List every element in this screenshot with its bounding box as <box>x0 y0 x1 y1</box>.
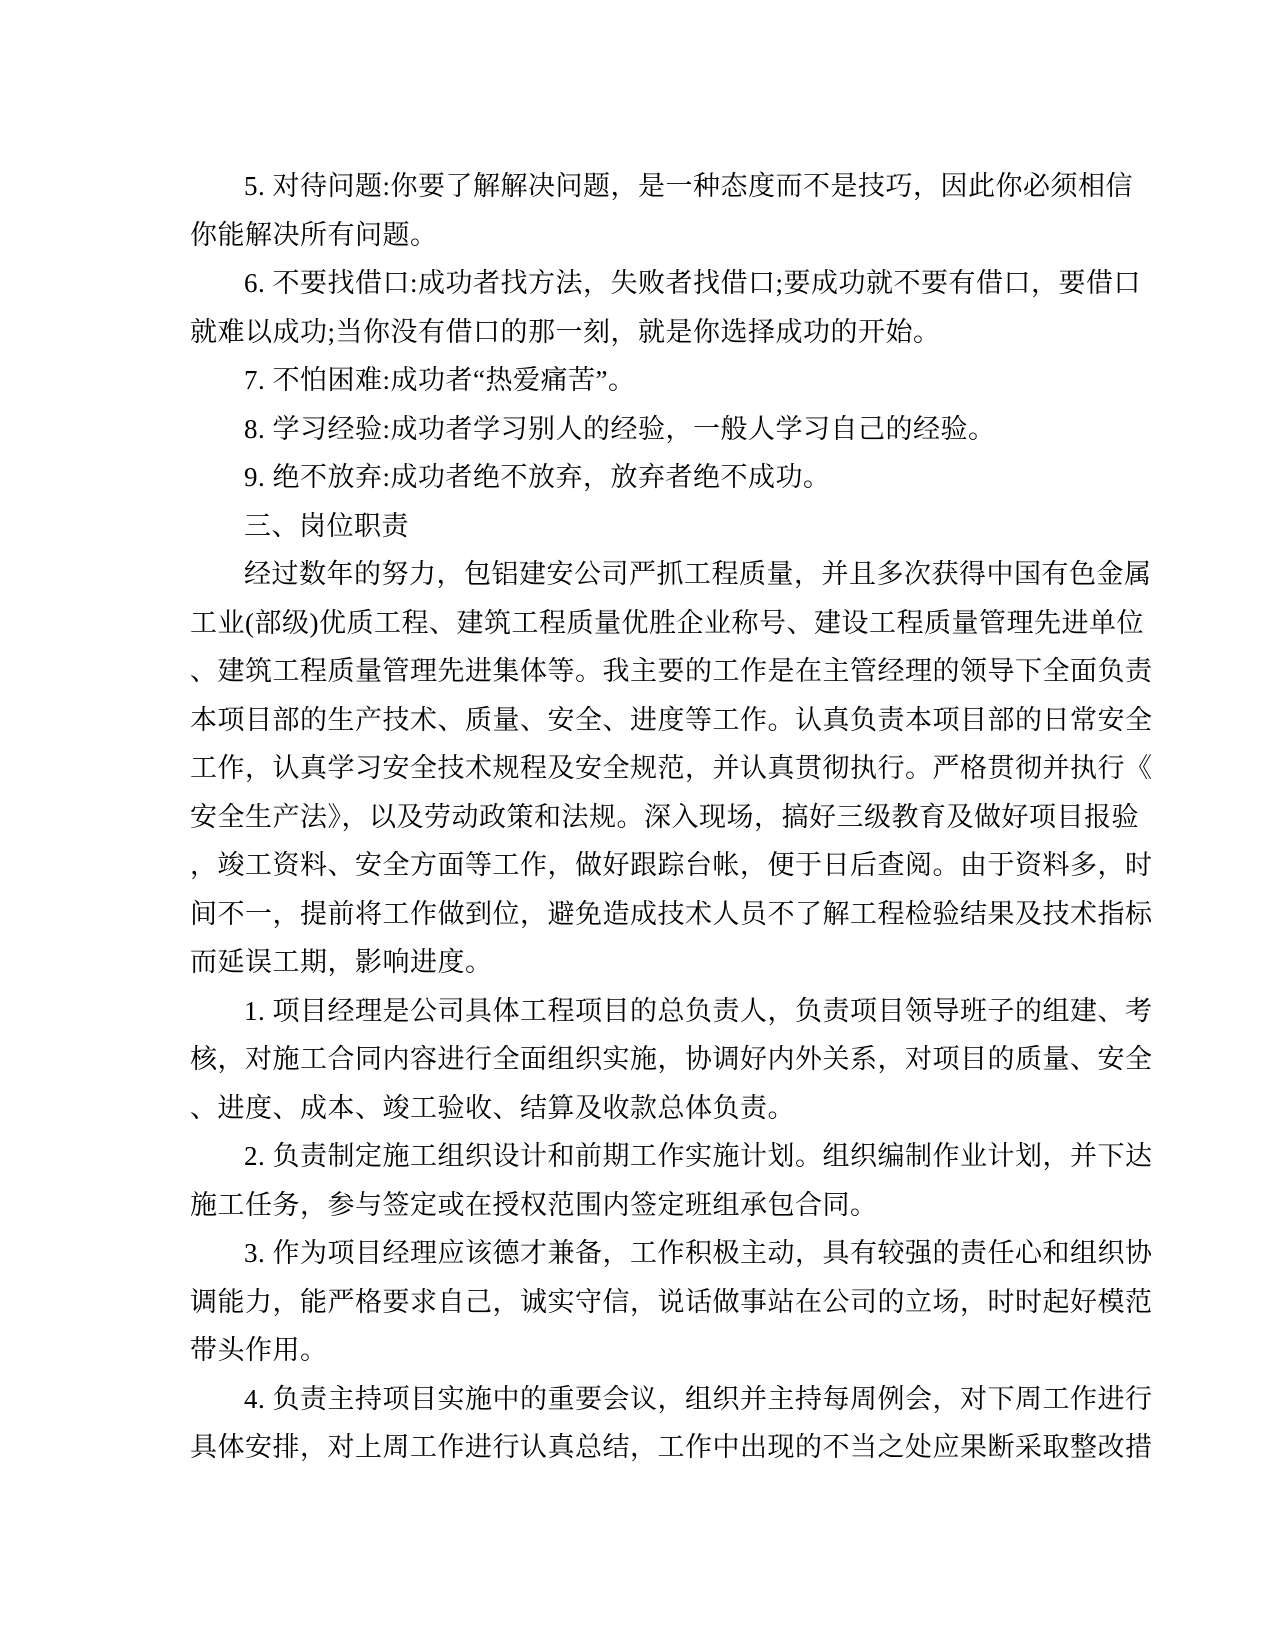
text-line: 1. 项目经理是公司具体工程项目的总负责人，负责项目领导班子的组建、考 <box>190 987 1085 1036</box>
text-line: 7. 不怕困难:成功者“热爱痛苦”。 <box>190 356 1085 405</box>
text-line: 就难以成功;当你没有借口的那一刻，就是你选择成功的开始。 <box>190 308 1085 357</box>
text-line: 本项目部的生产技术、质量、安全、进度等工作。认真负责本项目部的日常安全 <box>190 696 1085 745</box>
text-line: 带头作用。 <box>190 1326 1085 1375</box>
text-line: 经过数年的努力，包铝建安公司严抓工程质量，并且多次获得中国有色金属 <box>190 550 1085 599</box>
text-line: 调能力，能严格要求自己，诚实守信，说话做事站在公司的立场，时时起好模范 <box>190 1278 1085 1327</box>
text-line: 施工任务，参与签定或在授权范围内签定班组承包合同。 <box>190 1181 1085 1230</box>
text-line: 具体安排，对上周工作进行认真总结，工作中出现的不当之处应果断采取整改措 <box>190 1423 1085 1472</box>
text-line: 安全生产法》，以及劳动政策和法规。深入现场，搞好三级教育及做好项目报验 <box>190 793 1085 842</box>
text-line: 8. 学习经验:成功者学习别人的经验，一般人学习自己的经验。 <box>190 405 1085 454</box>
text-line: 9. 绝不放弃:成功者绝不放弃，放弃者绝不成功。 <box>190 453 1085 502</box>
text-line: 、建筑工程质量管理先进集体等。我主要的工作是在主管经理的领导下全面负责 <box>190 647 1085 696</box>
text-line: 、进度、成本、竣工验收、结算及收款总体负责。 <box>190 1084 1085 1133</box>
text-line: 工作，认真学习安全技术规程及安全规范，并认真贯彻执行。严格贯彻并执行《 <box>190 744 1085 793</box>
text-line: 间不一，提前将工作做到位，避免造成技术人员不了解工程检验结果及技术指标 <box>190 890 1085 939</box>
text-line: 4. 负责主持项目实施中的重要会议，组织并主持每周例会，对下周工作进行 <box>190 1375 1085 1424</box>
text-line: 3. 作为项目经理应该德才兼备，工作积极主动，具有较强的责任心和组织协 <box>190 1229 1085 1278</box>
text-line: 工业(部级)优质工程、建筑工程质量优胜企业称号、建设工程质量管理先进单位 <box>190 599 1085 648</box>
document-page: 5. 对待问题:你要了解解决问题，是一种态度而不是技巧，因此你必须相信你能解决所… <box>0 0 1275 1650</box>
text-line: ，竣工资料、安全方面等工作，做好跟踪台帐，便于日后查阅。由于资料多，时 <box>190 841 1085 890</box>
text-line: 而延误工期，影响进度。 <box>190 938 1085 987</box>
text-line: 你能解决所有问题。 <box>190 211 1085 260</box>
text-line: 5. 对待问题:你要了解解决问题，是一种态度而不是技巧，因此你必须相信 <box>190 162 1085 211</box>
section-heading: 三、岗位职责 <box>190 502 1085 551</box>
text-line: 6. 不要找借口:成功者找方法，失败者找借口;要成功就不要有借口，要借口 <box>190 259 1085 308</box>
text-line: 核，对施工合同内容进行全面组织实施，协调好内外关系，对项目的质量、安全 <box>190 1035 1085 1084</box>
document-body: 5. 对待问题:你要了解解决问题，是一种态度而不是技巧，因此你必须相信你能解决所… <box>190 162 1085 1472</box>
text-line: 2. 负责制定施工组织设计和前期工作实施计划。组织编制作业计划，并下达 <box>190 1132 1085 1181</box>
